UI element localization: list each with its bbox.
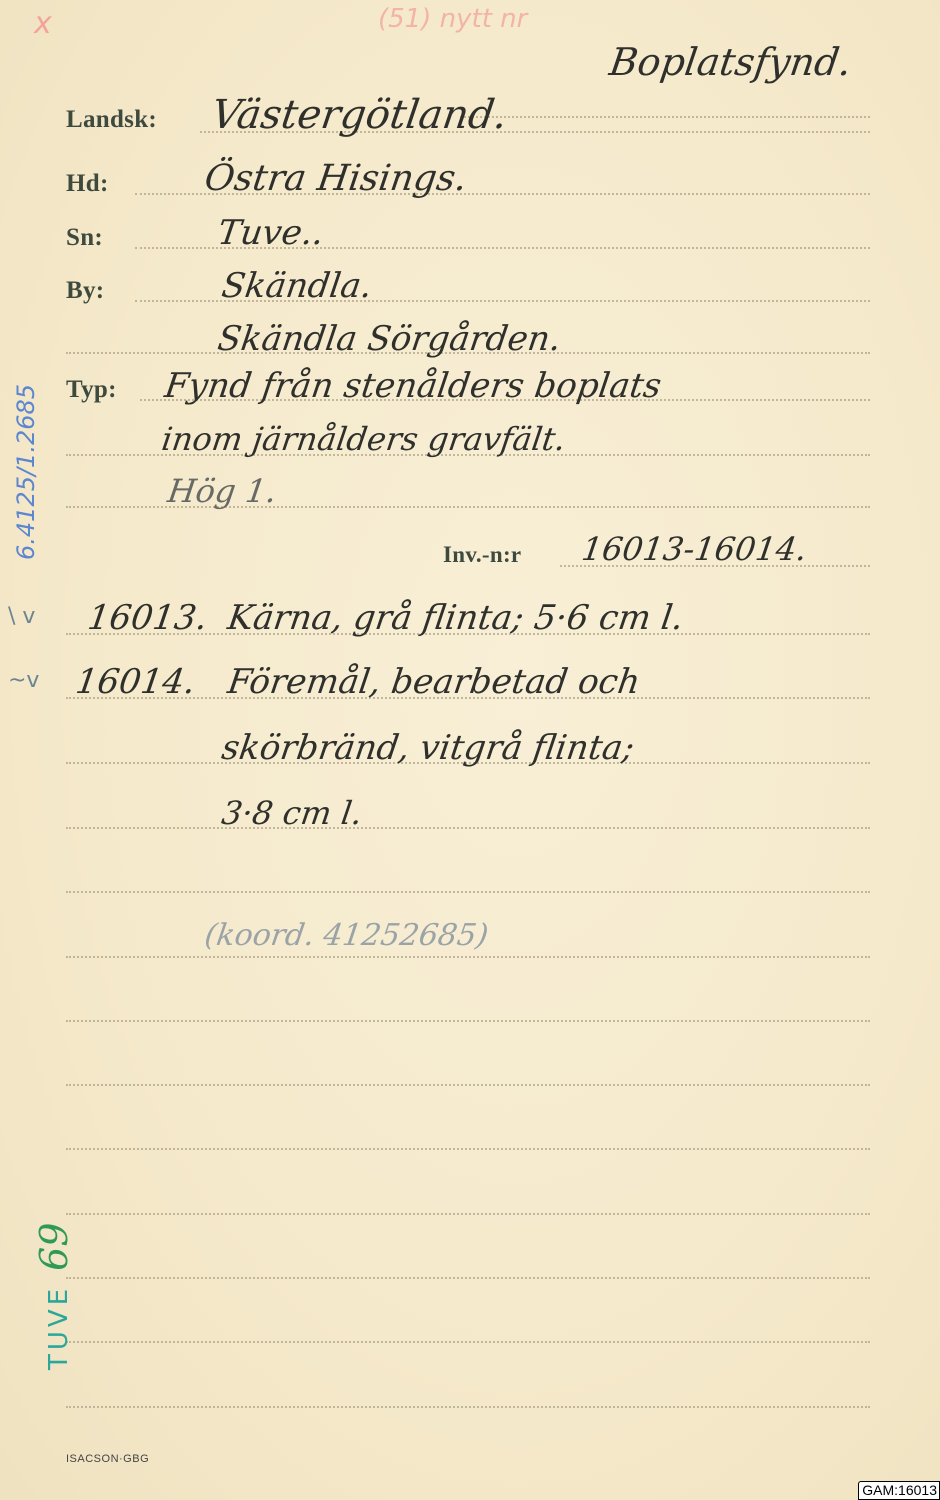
value-typ-line-1: Fynd från stenålders boplats (162, 366, 664, 406)
value-landsk: Västergötland. (209, 92, 510, 138)
value-hd: Östra Hisings. (202, 158, 469, 199)
category-heading: Boplatsfynd. (607, 40, 854, 84)
printer-imprint: ISACSON·GBG (66, 1453, 149, 1465)
coordinate-note: (koord. 41252685) (203, 918, 491, 953)
rule-line (66, 1213, 870, 1215)
checkmark-icon: \ v (8, 604, 35, 629)
margin-note: 6.4125/1.2685 (12, 384, 40, 560)
label-hd: Hd: (66, 170, 109, 198)
rule-line (66, 1406, 870, 1408)
rule-line (66, 827, 870, 829)
label-landsk: Landsk: (66, 106, 157, 134)
rule-line (66, 1277, 870, 1279)
rule-line (66, 1084, 870, 1086)
item-description-line: skörbränd, vitgrå flinta; (219, 728, 637, 768)
stamp-number: 69 (32, 1223, 76, 1271)
corner-mark: x (34, 6, 52, 41)
label-sn: Sn: (66, 224, 103, 252)
value-by-extra: Skändla Sörgården. (215, 319, 563, 359)
checkmark-icon: ~v (8, 668, 39, 693)
label-inv: Inv.-n:r (443, 542, 521, 568)
item-number: 16014. (73, 662, 198, 702)
item-description-line: Kärna, grå flinta; 5·6 cm l. (225, 598, 686, 638)
value-typ-line-2: inom järnålders gravfält. (159, 420, 568, 458)
stamp-text: TUVE (44, 1285, 74, 1370)
rule-line (66, 1148, 870, 1150)
rule-line (66, 956, 870, 958)
value-sn: Tuve.. (215, 213, 326, 253)
value-inv: 16013-16014. (579, 530, 809, 568)
catalog-card: x (51) nytt nr Boplatsfynd. Landsk: Hd: … (0, 0, 940, 1500)
item-description-line: 3·8 cm l. (219, 794, 364, 832)
item-number: 16013. (85, 598, 210, 638)
label-typ: Typ: (66, 376, 117, 404)
value-by: Skändla. (219, 266, 374, 306)
red-pencil-note: (51) nytt nr (378, 4, 527, 34)
rule-line (460, 116, 870, 118)
rule-line (66, 891, 870, 893)
value-typ-line-3: Hög 1. (165, 472, 279, 510)
parish-stamp: TUVE69 (32, 1223, 76, 1371)
item-description-line: Föremål, bearbetad och (225, 662, 642, 702)
label-by: By: (66, 277, 104, 305)
rule-line (66, 1020, 870, 1022)
rule-line (66, 1341, 870, 1343)
catalog-id-label: GAM:16013 (858, 1481, 940, 1500)
